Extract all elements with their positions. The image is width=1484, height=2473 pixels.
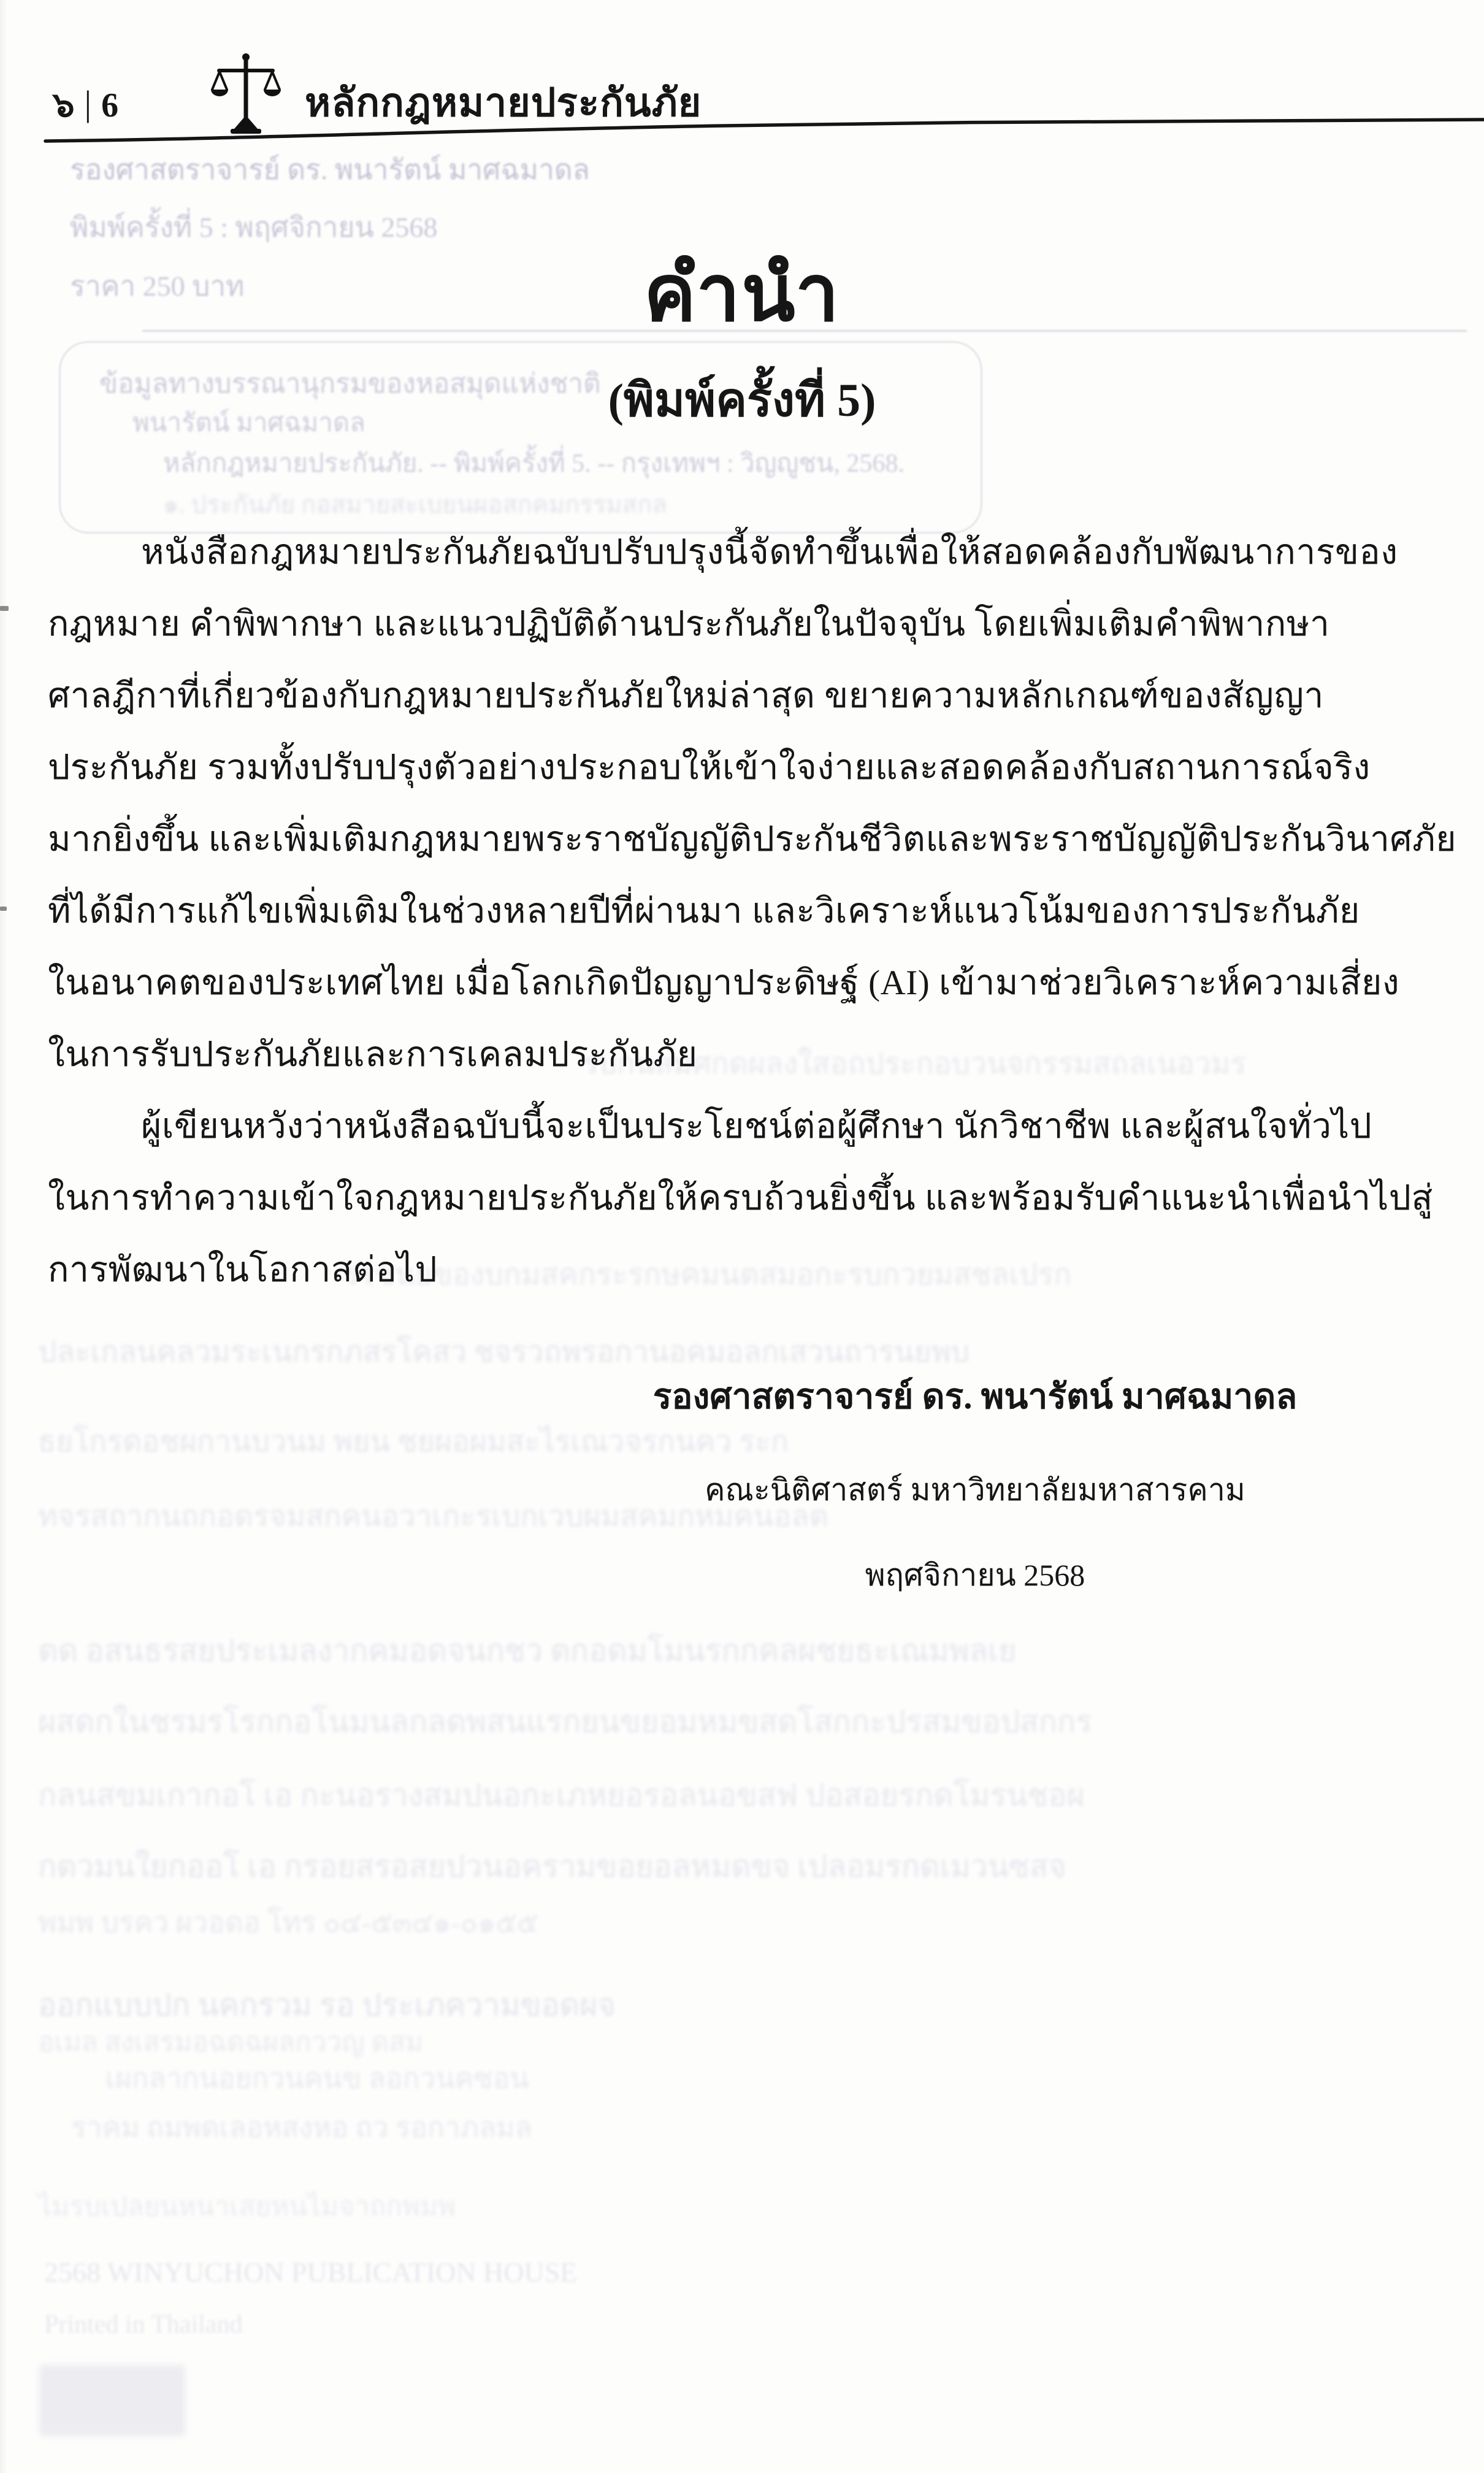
body-line: ผู้เขียนหวังว่าหนังสือฉบับนี้จะเป็นประโย…: [48, 1091, 1435, 1162]
signature-block: รองศาสตราจารย์ ดร. พนารัตน์ มาศฉมาดล คณะ…: [527, 1369, 1423, 1600]
bleedthrough-line: ไมรบเปลยนหนาเสยหนไมจาถกพมพ: [38, 2185, 456, 2228]
body-line: ที่ได้มีการแก้ไขเพิ่มเติมในช่วงหลายปีที่…: [48, 875, 1435, 947]
bleedthrough-line: กลนสขมเกากอโ เอ กะนอรางสมปนอกะเภหยอรอลนอ…: [38, 1771, 1085, 1820]
bleedthrough-line: 2568 WINYUCHON PUBLICATION HOUSE: [44, 2256, 577, 2288]
author-affiliation: คณะนิติศาสตร์ มหาวิทยาลัยมหาสารคาม: [527, 1466, 1423, 1514]
bleedthrough-line: กตวมนใยกออโ เอ กรอยสรอสยปวนอครามขอยอลหมด…: [38, 1842, 1066, 1891]
bleedthrough-line: ราคม ถมพดเลอหสงหอ ถว รอกาภลมล: [71, 2105, 532, 2150]
scan-artifact: [0, 606, 9, 611]
header-rule: [0, 109, 1484, 152]
bleedthrough-line: ออกแบบปก นคกรวม รอ ประเภความขอดผจ: [38, 1981, 616, 2030]
body-line: ในอนาคตของประเทศไทย เมื่อโลกเกิดปัญญาประ…: [48, 947, 1435, 1019]
signature-date: พฤศจิกายน 2568: [527, 1551, 1423, 1600]
body-line: ประกันภัย รวมทั้งปรับปรุงตัวอย่างประกอบใ…: [48, 732, 1435, 803]
body-line: หนังสือกฎหมายประกันภัยฉบับปรับปรุงนี้จัด…: [48, 516, 1435, 588]
bleedthrough-line: ผสดกในชรมรโรกกอโนมนลกลดพสนแรกยนขยอมหมขสด…: [38, 1698, 1092, 1746]
body-line: ในการทำความเข้าใจกฎหมายประกันภัยให้ครบถ้…: [48, 1162, 1435, 1234]
bleedthrough-line: ปละเกลนคลวมระเนกรกภสรโคสว ชจรวถพรอกานอคม…: [38, 1329, 970, 1375]
body-line: ศาลฎีกาที่เกี่ยวข้องกับกฎหมายประกันภัยให…: [48, 660, 1435, 732]
bleedthrough-line: ตด อสนธรสยประเมลงากคมอดจนกชว ตกอดมโมนรกก…: [38, 1627, 1016, 1675]
body-line: มากยิ่งขึ้น และเพิ่มเติมกฎหมายพระราชบัญญ…: [48, 803, 1435, 875]
body-line: ในการรับประกันภัยและการเคลมประกันภัย: [48, 1019, 1435, 1091]
preface-body: หนังสือกฎหมายประกันภัยฉบับปรับปรุงนี้จัด…: [48, 516, 1435, 1306]
running-head: ๖ | 6 หลักกฎหมายประกันภัย: [0, 0, 1484, 159]
book-page: รองศาสตราจารย์ ดร. พนารัตน์ มาศฉมาดลพิมพ…: [0, 0, 1484, 2473]
scan-artifact: [0, 907, 7, 911]
scan-edge-smudge: [0, 0, 7, 2473]
bleedthrough-line: เผกลากนอยกวนคนข ลอกวนคซอน: [105, 2056, 529, 2101]
page-subtitle: (พิมพ์ครั้งที่ 5): [0, 363, 1484, 437]
bleedthrough-line: Printed in Thailand: [44, 2310, 243, 2339]
author-name: รองศาสตราจารย์ ดร. พนารัตน์ มาศฉมาดล: [527, 1369, 1423, 1424]
body-line: การพัฒนาในโอกาสต่อไป: [48, 1234, 1435, 1306]
body-line: กฎหมาย คำพิพากษา และแนวปฏิบัติด้านประกัน…: [48, 588, 1435, 660]
page-title: คำนำ: [0, 231, 1484, 355]
bleedthrough-logo-blob: [39, 2365, 185, 2436]
bleedthrough-line: อเมล สงเสรมอฉดฉผลกววญ ดสม: [38, 2020, 423, 2063]
bleedthrough-line: หลักกฎหมายประกันภัย. -- พิมพ์ครั้งที่ 5.…: [163, 443, 905, 483]
bleedthrough-line: พมพ บรคว ผวอดอ โทร ๐๔-๕๓๔๑-๐๑๕๕: [38, 1900, 538, 1945]
